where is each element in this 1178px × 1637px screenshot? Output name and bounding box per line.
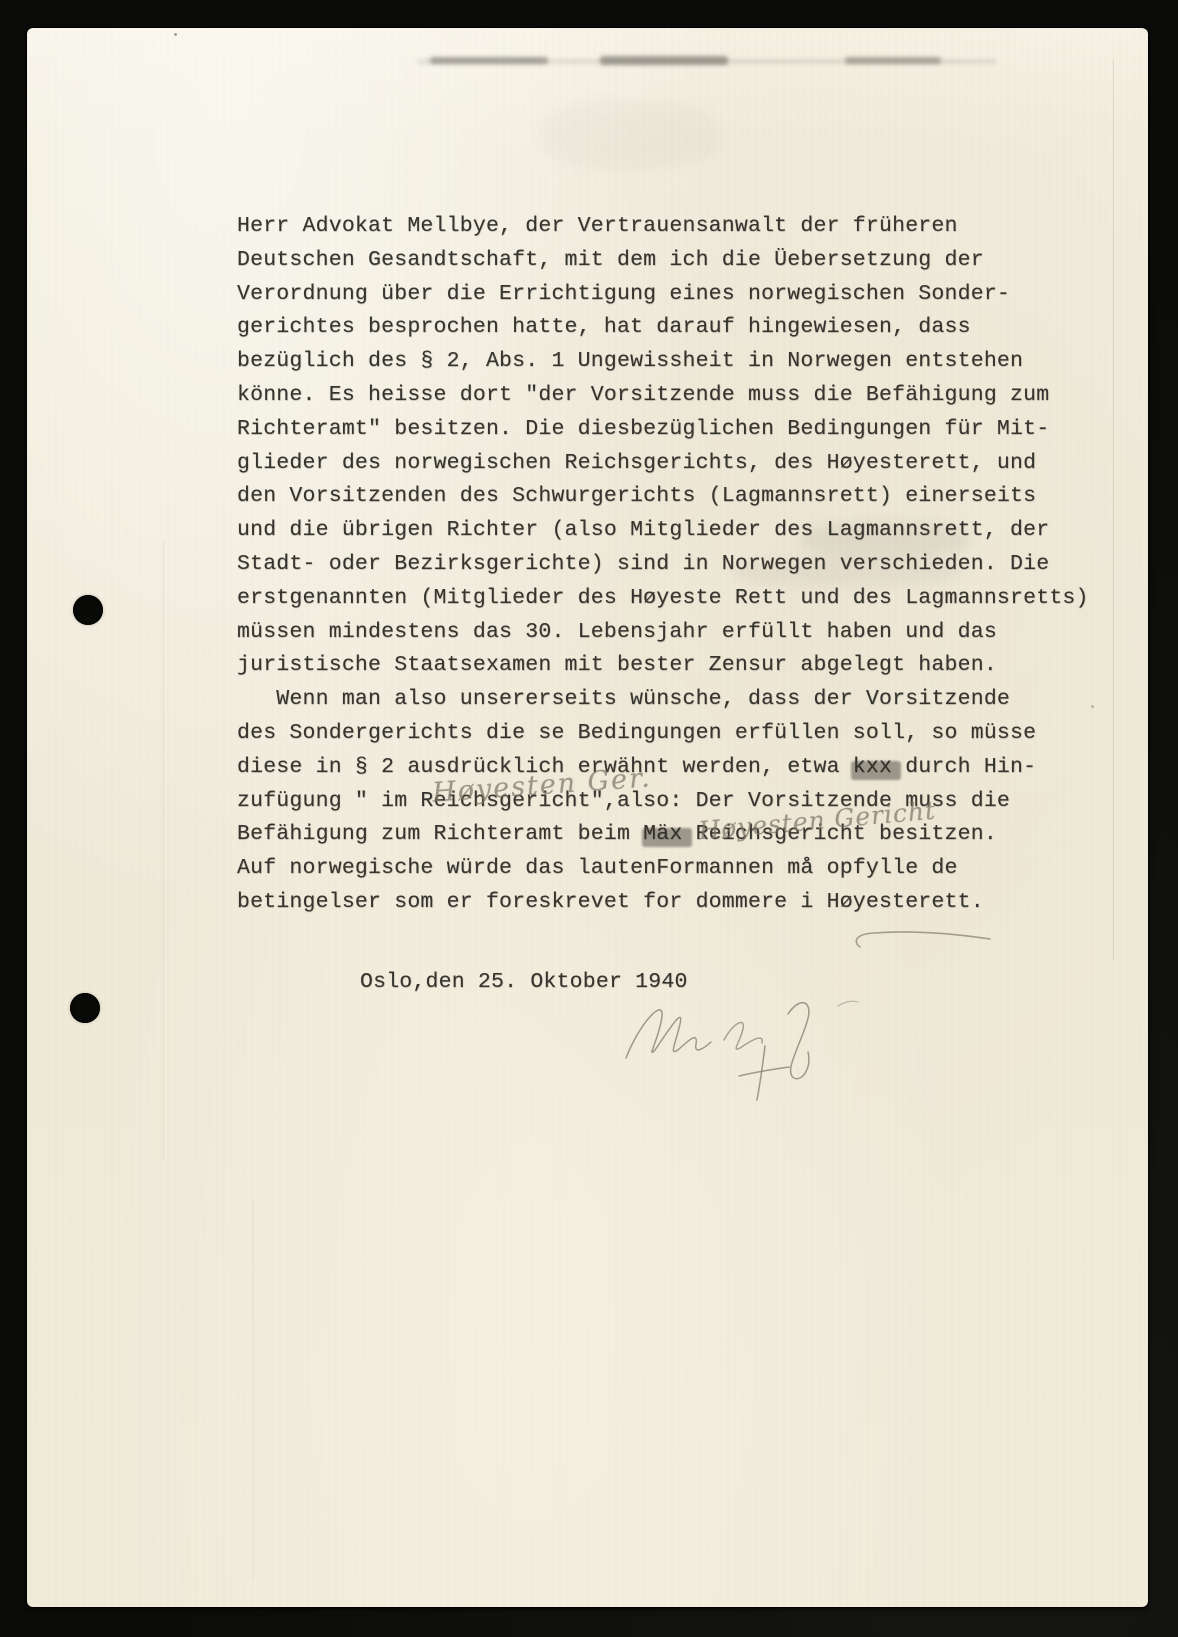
typed-line: juristische Staatsexamen mit bester Zens… — [237, 649, 1167, 683]
typed-line: müssen mindestens das 30. Lebensjahr erf… — [237, 616, 1167, 650]
typed-line: Richteramt" besitzen. Die diesbezügliche… — [237, 413, 1167, 447]
bleedthrough-mark — [600, 56, 728, 65]
paper-crease — [163, 540, 164, 1160]
typed-line: betingelser som er foreskrevet for domme… — [237, 886, 1167, 920]
typed-line: diese in § 2 ausdrücklich erwähnt werden… — [237, 751, 1167, 785]
typed-line: gerichtes besprochen hatte, hat darauf h… — [237, 311, 1167, 345]
bleedthrough-mark — [430, 57, 548, 64]
typed-line: Stadt- oder Bezirksgerichte) sind in Nor… — [237, 548, 1167, 582]
typed-line: bezüglich des § 2, Abs. 1 Ungewissheit i… — [237, 345, 1167, 379]
punch-hole-bottom — [70, 993, 100, 1023]
scan-background: { "colors": { "background": "#0b0b09", "… — [0, 0, 1178, 1637]
typed-line: zufügung " im Reichsgericht",also: Der V… — [237, 785, 1167, 819]
typed-line: Herr Advokat Mellbye, der Vertrauensanwa… — [237, 210, 1167, 244]
punch-hole-top — [73, 595, 103, 625]
typed-line: des Sondergerichts die se Bedingungen er… — [237, 717, 1167, 751]
pencil-underline — [852, 928, 997, 950]
typed-line: und die übrigen Richter (also Mitglieder… — [237, 514, 1167, 548]
overstrike-mark — [642, 828, 692, 847]
typed-line: erstgenannten (Mitglieder des Høyeste Re… — [237, 582, 1167, 616]
typed-text-block: Herr Advokat Mellbye, der Vertrauensanwa… — [237, 210, 1167, 920]
typed-line: Verordnung über die Errichtigung eines n… — [237, 278, 1167, 312]
pencil-cross-mark — [733, 1044, 795, 1102]
overstrike-mark — [851, 761, 901, 780]
typed-line: könne. Es heisse dort "der Vorsitzende m… — [237, 379, 1167, 413]
typed-line: glieder des norwegischen Reichsgerichts,… — [237, 447, 1167, 481]
ghost-smudge — [540, 100, 720, 170]
paper-speck — [174, 33, 177, 36]
typed-line: Auf norwegische würde das lautenFormanne… — [237, 852, 1167, 886]
bleedthrough-mark — [845, 57, 941, 64]
typed-line: Wenn man also unsererseits wünsche, dass… — [237, 683, 1167, 717]
paper-crease — [253, 1200, 254, 1580]
typed-line: Deutschen Gesandtschaft, mit dem ich die… — [237, 244, 1167, 278]
typed-line: den Vorsitzenden des Schwurgerichts (Lag… — [237, 480, 1167, 514]
